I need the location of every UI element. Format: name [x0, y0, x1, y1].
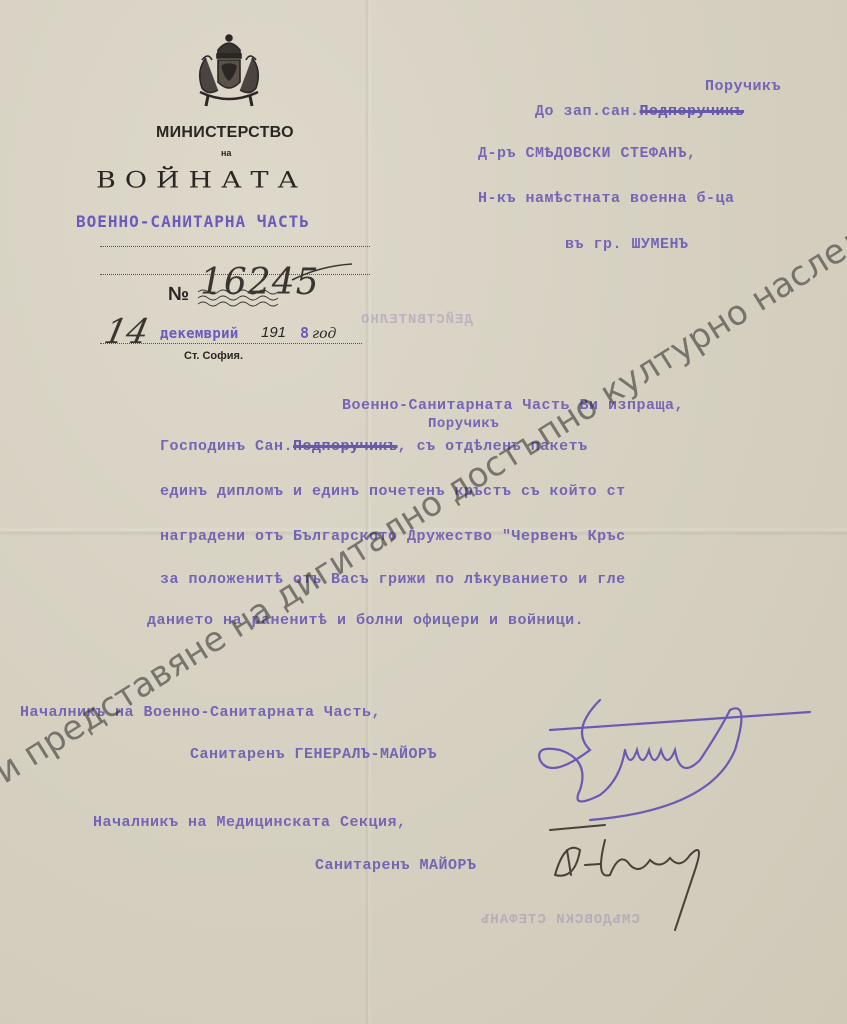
divider [100, 246, 370, 247]
addressee-line-3: Н-къ намѣстната военна б-ца [478, 190, 735, 207]
body-line-3: единъ дипломъ и единъ почетенъ кръстъ съ… [160, 483, 626, 500]
body-line-4: наградени отъ Българското Дружество "Чер… [160, 528, 626, 545]
date-day: 14 [101, 312, 153, 352]
date-year-suffix: 8 [300, 324, 309, 342]
addressee-line-1: До зап.сан.Подпоручикъ [535, 103, 744, 120]
number-scribble [196, 286, 282, 308]
addressee-line-4: въ гр. ШУМЕНЪ [565, 236, 689, 253]
body-rank-insert: Поручикъ [428, 416, 499, 432]
department-stamp: ВОЕННО-САНИТАРНА ЧАСТЬ [76, 212, 310, 231]
section-title: Началникъ на Медицинската Секция, [93, 814, 407, 831]
section-signature-icon [545, 820, 725, 935]
date-year-prefix: 191 [261, 324, 286, 341]
ministry-of: на [221, 148, 231, 158]
ministry-title: МИНИСТЕРСТВО [156, 124, 294, 142]
body-line-2: Господинъ Сан.Подпоручикъ, съ отдѣленъ п… [160, 438, 588, 455]
addressee-line-2: Д-ръ СМѢДОВСКИ СТЕФАНЪ, [478, 145, 697, 162]
redacted-rank: Подпоручикъ [293, 438, 398, 455]
ministry-name: ВОЙНАТА [96, 168, 307, 193]
date-suffix: год [312, 326, 336, 342]
chief-signature-icon [530, 690, 820, 830]
place: Ст. София. [184, 350, 243, 362]
redacted-rank: Подпоручикъ [640, 103, 745, 120]
date-month: декемврий [160, 326, 239, 342]
bleed-through-text: ДЕЙСТВИТЕЛНО [360, 312, 473, 328]
coat-of-arms-icon [188, 30, 270, 112]
body-line-6: данието на раненитѣ и болни офицери и во… [147, 612, 584, 629]
section-rank: Санитаренъ МАЙОРЪ [315, 857, 477, 874]
chief-title: Началникъ на Военно-Санитарната Часть, [20, 704, 381, 721]
addressee-rank-insert: Поручикъ [705, 78, 781, 95]
number-label: № [168, 284, 189, 306]
chief-rank: Санитаренъ ГЕНЕРАЛЪ-МАЙОРЪ [190, 746, 437, 763]
body-line-5: за положенитѣ отъ Васъ грижи по лѣкувани… [160, 571, 626, 588]
number-flourish [290, 262, 354, 282]
body-line-1: Военно-Санитарната Часть Ви изпраща, [342, 397, 684, 414]
